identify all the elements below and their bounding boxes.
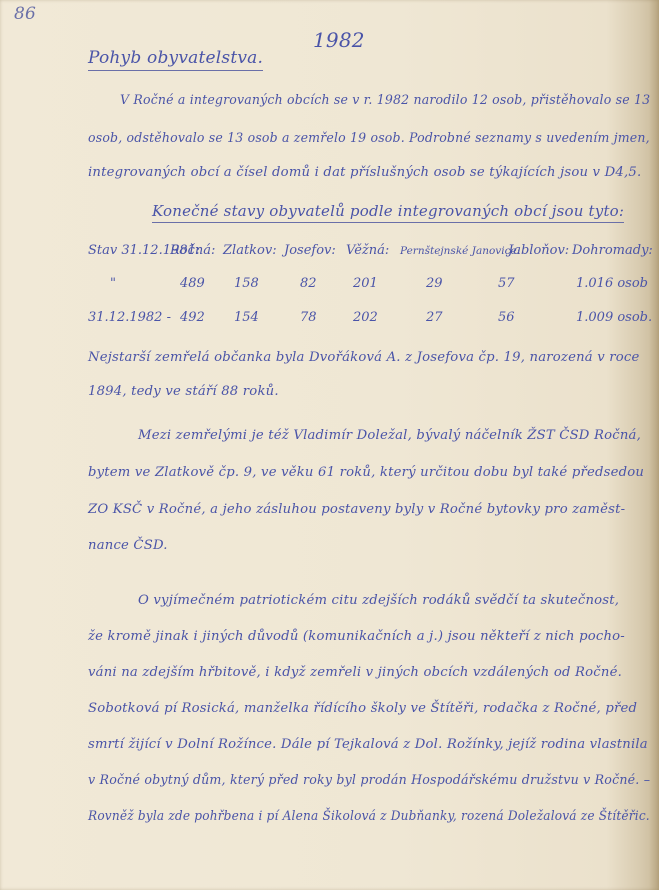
paragraph-line: Sobotková pí Rosická, manželka řídícího … — [88, 701, 637, 716]
paragraph-line: smrtí žijící v Dolní Rožínce. Dále pí Te… — [88, 737, 648, 752]
table-cell: 202 — [353, 310, 378, 325]
table-header-cell: Ročná: — [170, 243, 215, 258]
scanned-chronicle-page: 86 1982 Pohyb obyvatelstva. V Ročné a in… — [0, 0, 659, 890]
table-cell: 1.016 osob — [576, 276, 648, 291]
table-cell: 492 — [180, 310, 205, 325]
table-cell: 154 — [234, 310, 259, 325]
page-number: 86 — [14, 4, 36, 24]
table-cell: 56 — [498, 310, 515, 325]
paragraph-line: O vyjímečném patriotickém citu zdejších … — [138, 593, 619, 608]
table-cell: 82 — [300, 276, 317, 291]
table-row: 31.12.1982 - 492 154 78 202 27 56 1.009 … — [88, 310, 658, 336]
table-header-cell: Zlatkov: — [223, 243, 277, 258]
paragraph-line: ZO KSČ v Ročné, a jeho zásluhou postaven… — [88, 502, 625, 517]
table-header-cell: Josefov: — [284, 243, 336, 258]
paragraph-line: v Ročné obytný dům, který před roky byl … — [88, 773, 650, 788]
table-cell: 158 — [234, 276, 259, 291]
paragraph-line: bytem ve Zlatkově čp. 9, ve věku 61 roků… — [88, 465, 644, 480]
paragraph-line: Rovněž byla zde pohřbena i pí Alena Šiko… — [88, 809, 650, 824]
table-cell: 57 — [498, 276, 515, 291]
table-cell: 201 — [353, 276, 378, 291]
section-heading: Pohyb obyvatelstva. — [88, 48, 263, 71]
paragraph-line: osob, odstěhovalo se 13 osob a zemřelo 1… — [88, 131, 650, 146]
row-label: 31.12.1982 - — [88, 310, 171, 325]
paragraph-line: integrovaných obcí a čísel domů i dat př… — [88, 165, 641, 180]
table-header-row: Stav 31.12.1981: Ročná: Zlatkov: Josefov… — [88, 243, 658, 269]
paragraph-line: že kromě jinak i jiných důvodů (komunika… — [88, 629, 625, 644]
table-cell: 29 — [426, 276, 443, 291]
table-header-cell: Jabloňov: — [508, 243, 569, 258]
table-cell: 489 — [180, 276, 205, 291]
paragraph-line: nance ČSD. — [88, 538, 168, 553]
table-row: " 489 158 82 201 29 57 1.016 osob — [88, 276, 658, 302]
table-heading: Konečné stavy obyvatelů podle integrovan… — [152, 202, 624, 223]
page-binding-edge — [649, 0, 659, 890]
table-cell: 1.009 osob. — [576, 310, 652, 325]
table-cell: 78 — [300, 310, 317, 325]
paragraph-line: Mezi zemřelými je též Vladimír Doležal, … — [138, 428, 641, 443]
table-header-cell: Pernštejnské Janovice: — [400, 245, 520, 257]
row-label: " — [110, 276, 116, 291]
table-header-cell: Dohromady: — [572, 243, 653, 258]
paragraph-line: 1894, tedy ve stáří 88 roků. — [88, 384, 279, 399]
table-cell: 27 — [426, 310, 443, 325]
paragraph-line: V Ročné a integrovaných obcích se v r. 1… — [120, 93, 650, 108]
table-header-cell: Věžná: — [346, 243, 389, 258]
year-heading: 1982 — [313, 28, 365, 52]
paragraph-line: váni na zdejším hřbitově, i když zemřeli… — [88, 665, 622, 680]
paragraph-line: Nejstarší zemřelá občanka byla Dvořáková… — [88, 350, 640, 365]
